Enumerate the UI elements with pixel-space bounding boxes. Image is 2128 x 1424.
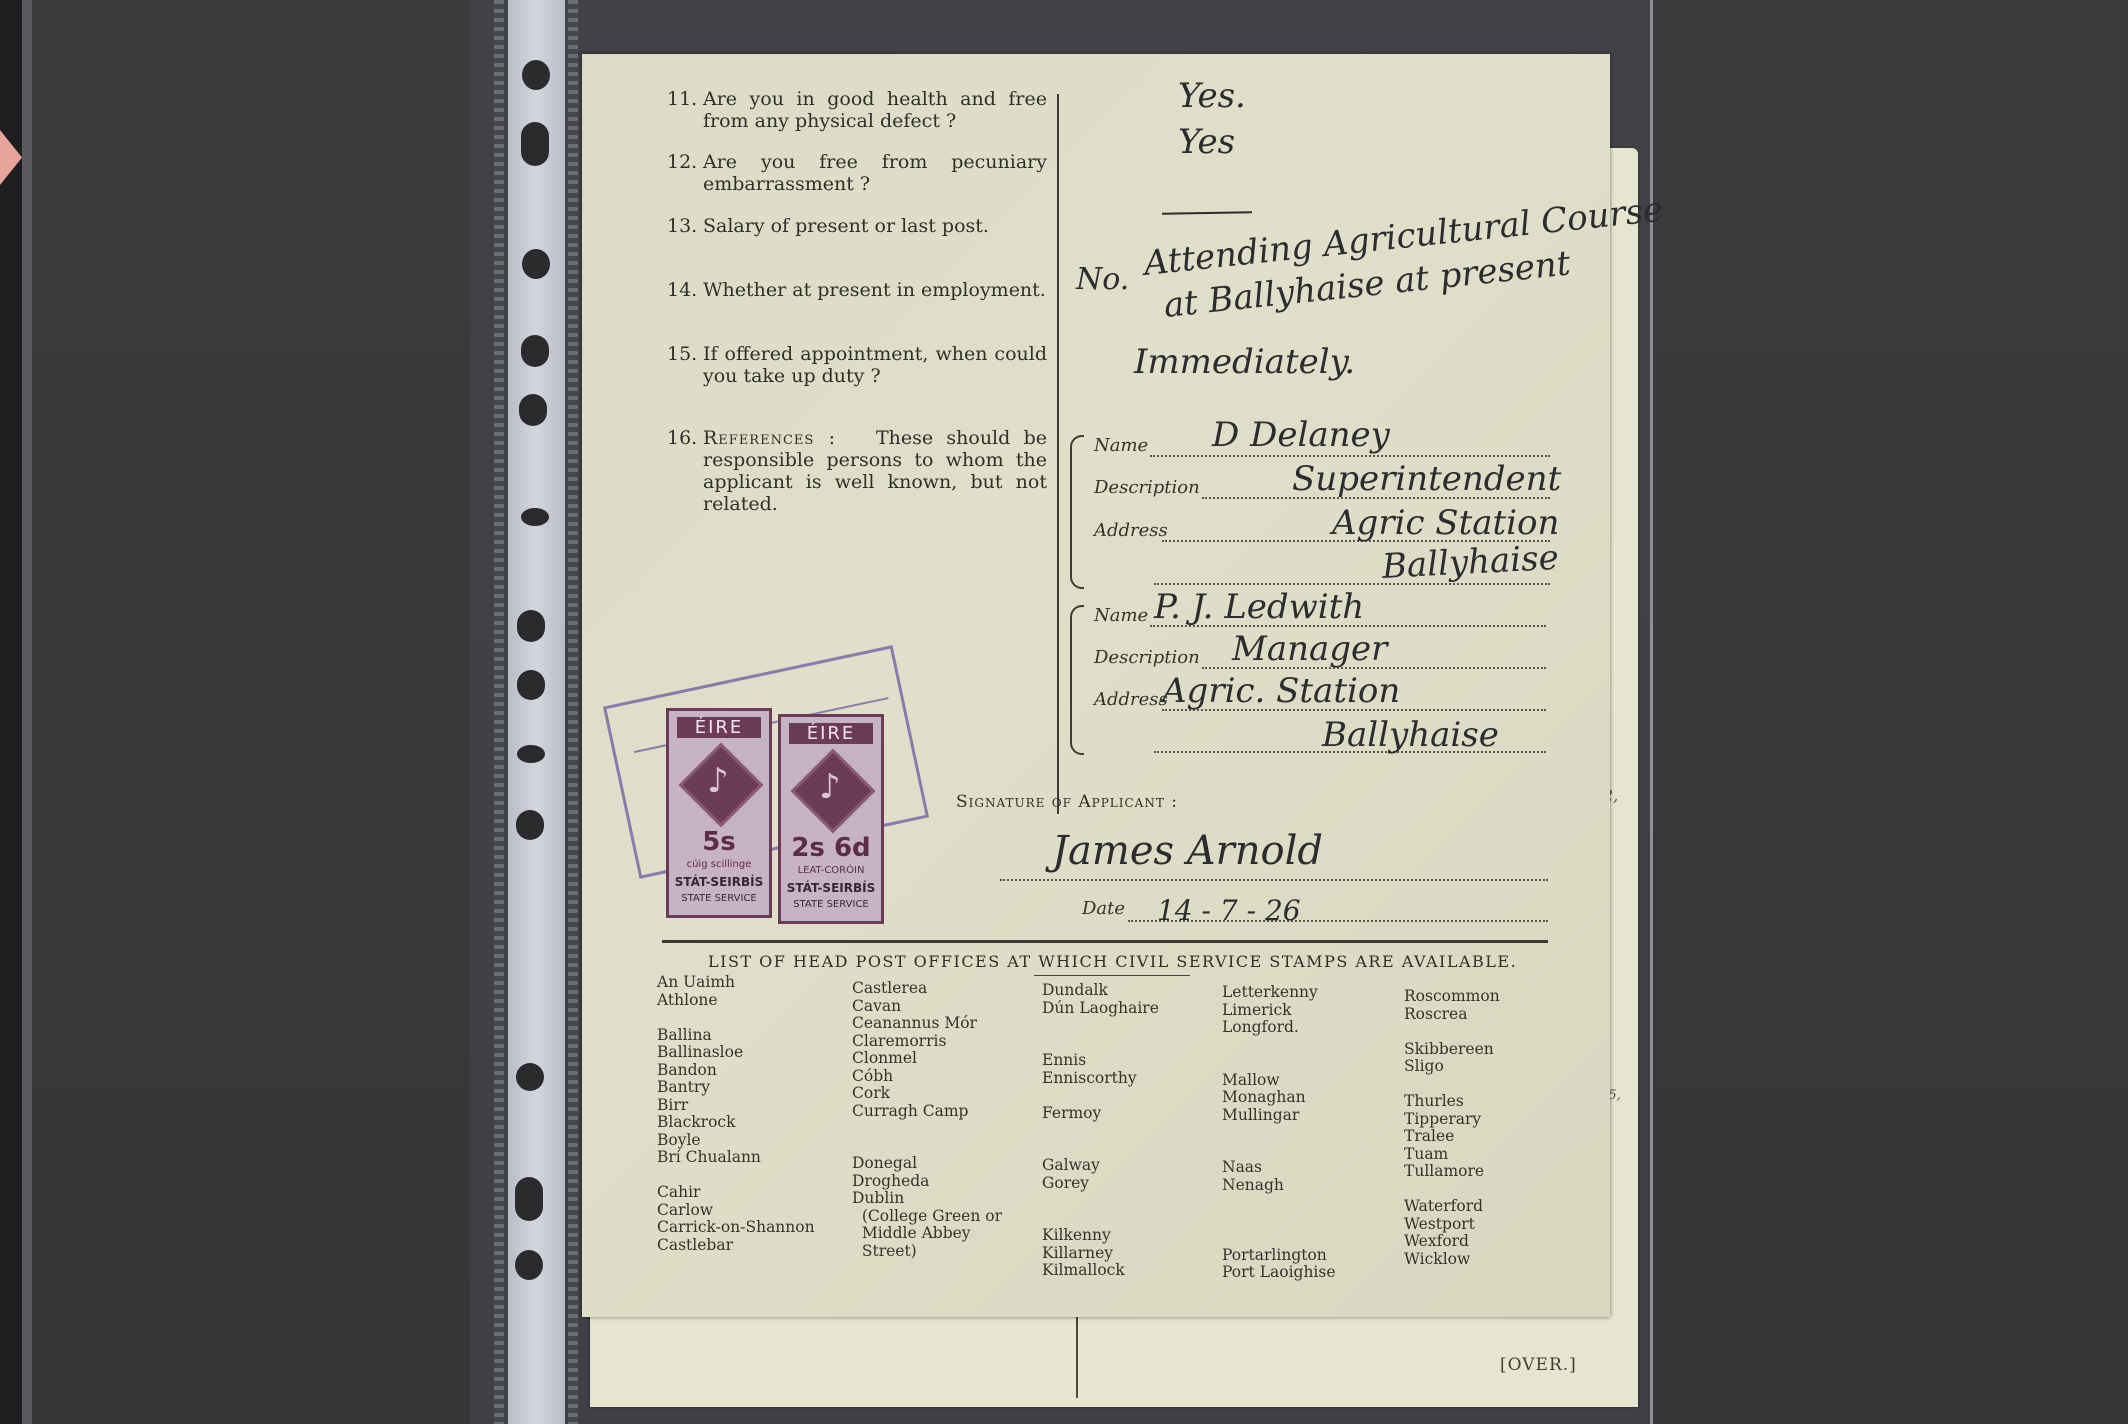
post-office: [657, 1167, 815, 1185]
ref1-address-line1: Agric Station: [1332, 503, 1559, 543]
ref1-description-label: Description: [1094, 477, 1200, 498]
post-office: [657, 1009, 815, 1027]
post-office: Cahir: [657, 1184, 815, 1202]
post-office: Wexford: [1404, 1233, 1500, 1251]
post-office: Ballina: [657, 1027, 815, 1045]
post-office: [1222, 1142, 1336, 1160]
question-text: If offered appointment, when could you t…: [667, 343, 1047, 387]
post-office: Dublin: [852, 1190, 1002, 1208]
post-office: [1404, 1181, 1500, 1199]
revenue-stamp-2s6d: ÉIRE ♪ 2s 6d LEAT-CORÓIN STÁT-SEIRBÍS ST…: [778, 714, 884, 924]
post-office: Birr: [657, 1097, 815, 1115]
post-office: Tuam: [1404, 1146, 1500, 1164]
post-office: Claremorris: [852, 1033, 1002, 1051]
post-office: Carlow: [657, 1202, 815, 1220]
post-office: Galway: [1042, 1157, 1159, 1175]
post-office: Sligo: [1404, 1058, 1500, 1076]
question-15: 15. If offered appointment, when could y…: [667, 343, 1047, 387]
post-office: Bantry: [657, 1079, 815, 1097]
stamp-value-words: cúig scillinge: [669, 859, 769, 870]
post-office: [1042, 1122, 1159, 1140]
post-office: Nenagh: [1222, 1177, 1336, 1195]
ref2-description-label: Description: [1094, 647, 1200, 668]
post-office: [1222, 1054, 1336, 1072]
punch-hole: [519, 394, 547, 426]
post-office: Carrick-on-Shannon: [657, 1219, 815, 1237]
stamp-country: ÉIRE: [677, 717, 761, 738]
ref2-address-line2: Ballyhaise: [1322, 715, 1499, 755]
back-sheet-divider: [1076, 1308, 1078, 1398]
post-office: Wicklow: [1404, 1251, 1500, 1269]
post-office: [1042, 1087, 1159, 1105]
post-office: Monaghan: [1222, 1089, 1336, 1107]
question-number: 14.: [667, 279, 697, 301]
question-text: Salary of present or last post.: [667, 215, 1047, 237]
post-office: Boyle: [657, 1132, 815, 1150]
question-number: 15.: [667, 343, 697, 365]
post-office-column-1: An Uaimh Athlone Ballina Ballinasloe Ban…: [657, 974, 815, 1254]
answer-11: Yes.: [1178, 76, 1246, 116]
stamp-english-text: STATE SERVICE: [781, 899, 881, 910]
question-16: 16. References : These should be respons…: [667, 427, 1047, 515]
post-office: Killarney: [1042, 1245, 1159, 1263]
ref1-description: Superintendent: [1292, 459, 1561, 499]
post-office: [1404, 1076, 1500, 1094]
punch-hole: [517, 745, 545, 763]
post-office: [1042, 1210, 1159, 1228]
post-office: Enniscorthy: [1042, 1070, 1159, 1088]
post-office-list-title: LIST OF HEAD POST OFFICES AT WHICH CIVIL…: [708, 952, 1517, 971]
post-office: Blackrock: [657, 1114, 815, 1132]
post-office: Letterkenny: [1222, 984, 1336, 1002]
post-office: An Uaimh: [657, 974, 815, 992]
post-office: [1222, 1124, 1336, 1142]
date-label: Date: [1082, 898, 1125, 919]
question-text: Whether at present in employment.: [667, 279, 1047, 301]
stamp-value: 5s: [669, 827, 769, 857]
over-label: [OVER.]: [1500, 1355, 1577, 1375]
post-office: [1222, 1212, 1336, 1230]
post-office: Cóbh: [852, 1068, 1002, 1086]
post-office: Castlebar: [657, 1237, 815, 1255]
post-office: Tralee: [1404, 1128, 1500, 1146]
post-office: Limerick: [1222, 1002, 1336, 1020]
punch-hole: [521, 335, 549, 367]
post-office: Cork: [852, 1085, 1002, 1103]
post-office: Ceanannus Mór: [852, 1015, 1002, 1033]
question-13: 13. Salary of present or last post.: [667, 215, 1047, 237]
post-office: [852, 1120, 1002, 1138]
stamp-english-text: STATE SERVICE: [669, 893, 769, 904]
answer-15: Immediately.: [1134, 342, 1355, 382]
punch-hole: [515, 1177, 543, 1221]
answer-13-dash: [1162, 211, 1252, 215]
harp-icon: ♪: [819, 767, 841, 807]
background-edge-strip: [22, 0, 32, 1424]
punch-hole: [517, 670, 545, 700]
ref2-description: Manager: [1232, 629, 1387, 669]
punch-hole: [516, 810, 544, 840]
signature-date: 14 - 7 - 26: [1157, 894, 1301, 927]
post-office: Skibbereen: [1404, 1041, 1500, 1059]
post-office: Athlone: [657, 992, 815, 1010]
post-office-column-3: Dundalk Dún Laoghaire Ennis Enniscorthy …: [1042, 982, 1159, 1280]
punch-hole: [516, 1063, 544, 1091]
post-office: [852, 1138, 1002, 1156]
punch-hole: [515, 1250, 543, 1280]
post-office: [1042, 1035, 1159, 1053]
sleeve-perforation-left: [494, 0, 504, 1424]
post-office: Thurles: [1404, 1093, 1500, 1111]
post-office: Street): [852, 1243, 1002, 1261]
stamp-country: ÉIRE: [789, 723, 873, 744]
ref1-address-line2: Ballyhaise: [1381, 538, 1560, 587]
post-office: [1404, 1023, 1500, 1041]
post-office: Castlerea: [852, 980, 1002, 998]
references-label: References :: [703, 427, 836, 449]
punch-hole: [521, 122, 549, 166]
question-12: 12. Are you free from pecuniary embarras…: [667, 151, 1047, 195]
question-11: 11. Are you in good health and free from…: [667, 88, 1047, 132]
question-number: 16.: [667, 427, 697, 449]
post-office: Dundalk: [1042, 982, 1159, 1000]
punch-hole: [517, 610, 545, 642]
post-office-column-2: Castlerea Cavan Ceanannus Mór Claremorri…: [852, 980, 1002, 1260]
post-office: Ennis: [1042, 1052, 1159, 1070]
reference-brace: [1070, 605, 1084, 755]
post-office: Naas: [1222, 1159, 1336, 1177]
harp-icon: ♪: [707, 761, 729, 801]
punch-hole: [522, 249, 550, 279]
post-office: [1222, 1229, 1336, 1247]
post-office: Brí Chualann: [657, 1149, 815, 1167]
ref1-name: D Delaney: [1212, 415, 1390, 455]
ref2-address-line1: Agric. Station: [1162, 671, 1400, 711]
post-office: Middle Abbey: [852, 1225, 1002, 1243]
column-divider: [1057, 94, 1059, 814]
stamp-value-words: LEAT-CORÓIN: [781, 865, 881, 876]
ref1-name-label: Name: [1094, 435, 1148, 456]
applicant-signature: James Arnold: [1052, 828, 1323, 874]
stamp-irish-text: STÁT-SEIRBÍS: [669, 875, 769, 889]
post-office: [1042, 1017, 1159, 1035]
post-office: Ballinasloe: [657, 1044, 815, 1062]
post-office: Tullamore: [1404, 1163, 1500, 1181]
post-office: Waterford: [1404, 1198, 1500, 1216]
signature-dots: [1000, 879, 1548, 881]
question-number: 12.: [667, 151, 697, 173]
ref1-name-dots: [1150, 455, 1550, 457]
application-form-page: 11. Are you in good health and free from…: [582, 54, 1610, 1317]
question-number: 11.: [667, 88, 697, 110]
stamp-value: 2s 6d: [781, 833, 881, 863]
title-underline: [1034, 975, 1190, 976]
post-office: Roscrea: [1404, 1006, 1500, 1024]
post-office-column-5: Roscommon Roscrea Skibbereen Sligo Thurl…: [1404, 988, 1500, 1268]
post-office-column-4: Letterkenny Limerick Longford. Mallow Mo…: [1222, 984, 1336, 1282]
ref2-address-label: Address: [1094, 689, 1168, 710]
post-office: Kilmallock: [1042, 1262, 1159, 1280]
post-office: (College Green or: [852, 1208, 1002, 1226]
post-office: Dún Laoghaire: [1042, 1000, 1159, 1018]
post-office: Gorey: [1042, 1175, 1159, 1193]
post-office: Longford.: [1222, 1019, 1336, 1037]
post-office: Donegal: [852, 1155, 1002, 1173]
ref1-address2-dots: [1154, 583, 1550, 585]
post-office: [1042, 1140, 1159, 1158]
sleeve-perforation-right: [568, 0, 578, 1424]
post-office: Drogheda: [852, 1173, 1002, 1191]
section-rule: [662, 940, 1548, 943]
post-office: Curragh Camp: [852, 1103, 1002, 1121]
punch-hole: [521, 508, 549, 526]
post-office: Roscommon: [1404, 988, 1500, 1006]
post-office: Tipperary: [1404, 1111, 1500, 1129]
post-office: Clonmel: [852, 1050, 1002, 1068]
post-office: Kilkenny: [1042, 1227, 1159, 1245]
post-office: [1042, 1192, 1159, 1210]
question-14: 14. Whether at present in employment.: [667, 279, 1047, 301]
post-office: Fermoy: [1042, 1105, 1159, 1123]
question-text: Are you in good health and free from any…: [667, 88, 1047, 132]
post-office: [1222, 1194, 1336, 1212]
answer-14-no: No.: [1076, 262, 1129, 297]
post-office: Portarlington: [1222, 1247, 1336, 1265]
binder-punch-strip: [508, 0, 565, 1424]
question-number: 13.: [667, 215, 697, 237]
post-office: Cavan: [852, 998, 1002, 1016]
reference-brace: [1070, 435, 1084, 589]
ref2-name-label: Name: [1094, 605, 1148, 626]
signature-label: Signature of Applicant :: [956, 792, 1178, 812]
post-office: Port Laoighise: [1222, 1264, 1336, 1282]
punch-hole: [522, 60, 550, 90]
post-office: Westport: [1404, 1216, 1500, 1234]
post-office: [1222, 1037, 1336, 1055]
question-text: Are you free from pecuniary embarrassmen…: [667, 151, 1047, 195]
post-office: Bandon: [657, 1062, 815, 1080]
ref2-name: P. J. Ledwith: [1154, 587, 1364, 627]
post-office: Mullingar: [1222, 1107, 1336, 1125]
revenue-stamp-5s: ÉIRE ♪ 5s cúig scillinge STÁT-SEIRBÍS ST…: [666, 708, 772, 918]
stamp-irish-text: STÁT-SEIRBÍS: [781, 881, 881, 895]
ref1-address-label: Address: [1094, 520, 1168, 541]
answer-12: Yes: [1178, 122, 1235, 162]
post-office: Mallow: [1222, 1072, 1336, 1090]
